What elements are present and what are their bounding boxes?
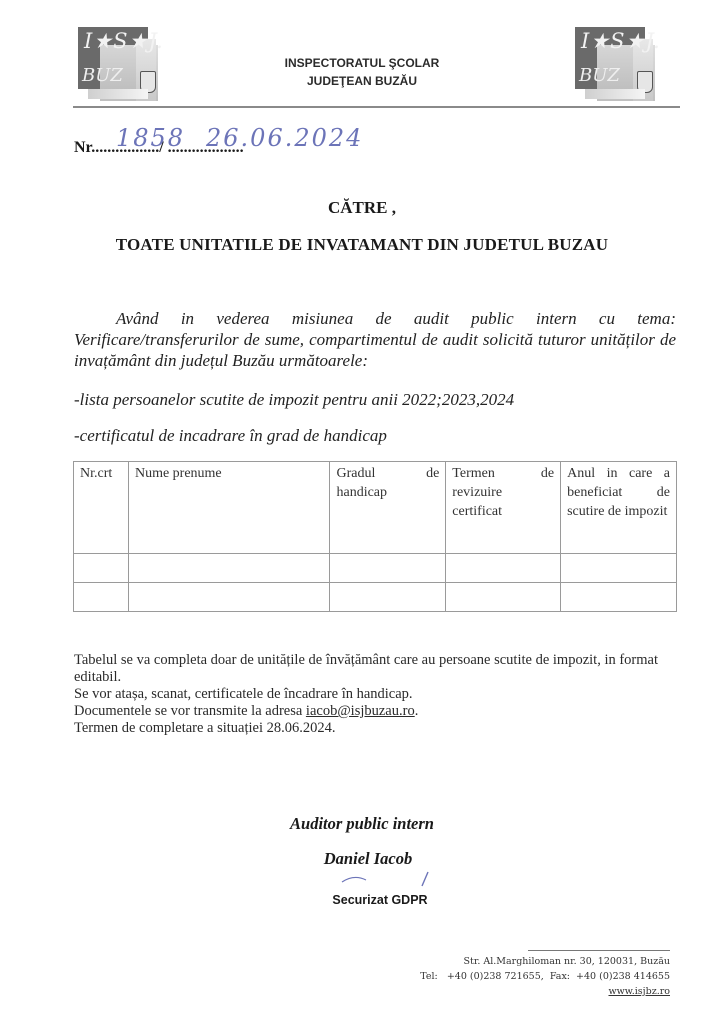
footer-address: Str. Al.Marghiloman nr. 30, 120031, Buză… [420, 954, 670, 969]
handwritten-date: 26.06.2024 [206, 124, 363, 152]
request-item: -lista persoanelor scutite de impozit pe… [74, 390, 514, 410]
signer-name: Daniel Iacob [0, 849, 724, 869]
column-header-exemption-year: Anul in care a beneficiat de scutire de … [561, 462, 677, 554]
table-row [74, 583, 677, 612]
footer-divider [528, 950, 670, 951]
fax-number: +40 (0)238 414655 [576, 971, 670, 982]
column-header-review-date: Termen de revizuire certificat [446, 462, 561, 554]
institution-line-2: JUDEŢEAN BUZĂU [0, 72, 724, 90]
institution-line-1: INSPECTORATUL ŞCOLAR [0, 54, 724, 72]
column-header-disability-grade: Gradul de handicap [330, 462, 446, 554]
instruction-line: Se vor atașa, scanat, certificatele de î… [74, 686, 674, 703]
column-header-nr: Nr.crt [74, 462, 129, 554]
handwritten-number: 1858 [116, 124, 185, 152]
table-header-row: Nr.crt Nume prenume Gradul de handicap T… [74, 462, 677, 554]
table-cell[interactable] [330, 583, 446, 612]
table-cell[interactable] [446, 554, 561, 583]
gdpr-label: Securizat GDPR [0, 893, 724, 907]
addressee-recipients: TOATE UNITATILE DE INVATAMANT DIN JUDETU… [0, 235, 724, 255]
table-row [74, 554, 677, 583]
instructions: Tabelul se va completa doar de unitățile… [74, 652, 674, 737]
phone-number: +40 (0)238 721655, [447, 971, 544, 982]
table-cell[interactable] [561, 554, 677, 583]
instruction-line: Tabelul se va completa doar de unitățile… [74, 652, 674, 686]
registration-label: Nr. [74, 139, 95, 156]
table-cell[interactable] [74, 583, 129, 612]
signer-title: Auditor public intern [0, 814, 724, 834]
request-item: -certificatul de incadrare în grad de ha… [74, 426, 387, 446]
body-paragraph: Având in vederea misiunea de audit publi… [74, 308, 676, 371]
footer-contact: Str. Al.Marghiloman nr. 30, 120031, Buză… [420, 954, 670, 999]
header-divider [73, 106, 680, 108]
table-cell[interactable] [128, 583, 330, 612]
table-cell[interactable] [330, 554, 446, 583]
website-link[interactable]: www.isjbz.ro [420, 984, 670, 999]
logo-text-top: I★S★J. [84, 29, 164, 53]
footer-phone-fax: Tel: +40 (0)238 721655, Fax: +40 (0)238 … [420, 969, 670, 984]
column-header-name: Nume prenume [128, 462, 330, 554]
table-cell[interactable] [128, 554, 330, 583]
signature-scribble-icon [340, 868, 440, 890]
email-link[interactable]: iacob@isjbuzau.ro [306, 703, 415, 719]
addressee-to: CĂTRE , [0, 198, 724, 218]
exemption-table: Nr.crt Nume prenume Gradul de handicap T… [73, 461, 677, 612]
logo-text-top: I★S★J. [581, 29, 661, 53]
table-cell[interactable] [561, 583, 677, 612]
institution-name: INSPECTORATUL ŞCOLAR JUDEŢEAN BUZĂU [0, 54, 724, 90]
table-cell[interactable] [446, 583, 561, 612]
instruction-line: Termen de completare a situației 28.06.2… [74, 720, 674, 737]
instruction-line: Documentele se vor transmite la adresa i… [74, 703, 674, 720]
table-cell[interactable] [74, 554, 129, 583]
